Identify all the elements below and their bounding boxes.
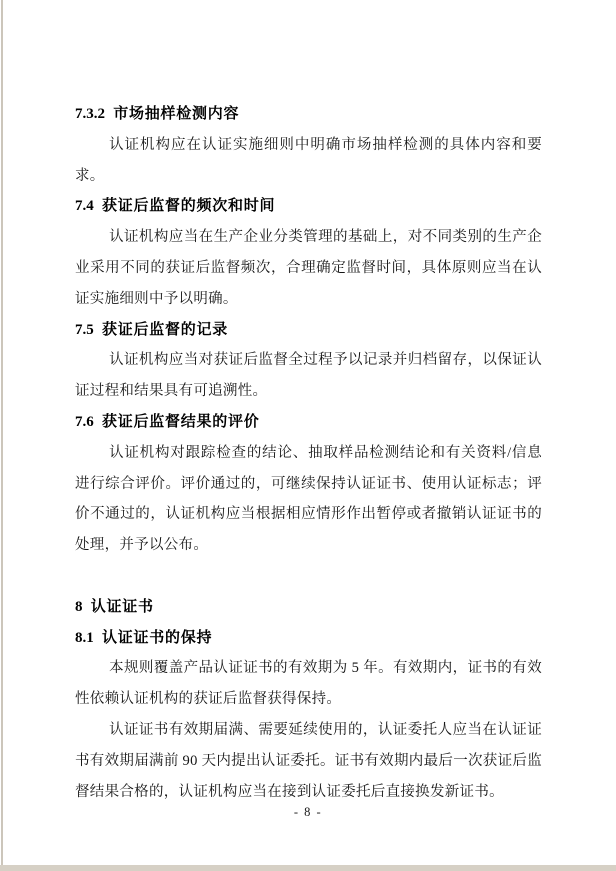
document-page: { "page": { "edge_color_left": "#ccc6bb"… (0, 0, 616, 871)
paragraph: 认证机构应当在生产企业分类管理的基础上，对不同类别的生产企业采用不同的获证后监督… (75, 222, 542, 314)
paragraph: 认证机构应当对获证后监督全过程予以记录并归档留存，以保证认证过程和结果具有可追溯… (75, 345, 542, 407)
section-heading-7-5: 7.5获证后监督的记录 (75, 315, 542, 346)
section-title: 获证后监督的频次和时间 (102, 197, 275, 214)
paragraph: 认证机构应在认证实施细则中明确市场抽样检测的具体内容和要求。 (75, 130, 542, 192)
section-heading-8: 8认证证书 (75, 592, 542, 623)
section-title: 市场抽样检测内容 (113, 105, 239, 122)
page-number: - 8 - (0, 802, 616, 822)
section-number: 7.5 (75, 322, 94, 338)
page-left-edge (1, 0, 3, 871)
section-number: 7.4 (75, 198, 94, 214)
section-title: 认证证书的保持 (102, 629, 212, 646)
section-number: 7.3.2 (75, 106, 105, 122)
section-title: 获证后监督结果的评价 (102, 413, 260, 430)
paragraph: 本规则覆盖产品认证证书的有效期为 5 年。有效期内，证书的有效性依赖认证机构的获… (75, 653, 542, 715)
section-number: 8 (75, 599, 83, 615)
paragraph: 认证机构对跟踪检查的结论、抽取样品检测结论和有关资料/信息进行综合评价。评价通过… (75, 438, 542, 561)
page-bottom-edge (0, 865, 616, 871)
paragraph: 认证证书有效期届满、需要延续使用的，认证委托人应当在认证证书有效期届满前 90 … (75, 715, 542, 807)
section-number: 7.6 (75, 414, 94, 430)
section-heading-8-1: 8.1认证证书的保持 (75, 623, 542, 654)
document-body: 7.3.2市场抽样检测内容 认证机构应在认证实施细则中明确市场抽样检测的具体内容… (75, 99, 542, 807)
section-number: 8.1 (75, 630, 94, 646)
section-title: 获证后监督的记录 (102, 321, 228, 338)
section-heading-7-3-2: 7.3.2市场抽样检测内容 (75, 99, 542, 130)
section-heading-7-6: 7.6获证后监督结果的评价 (75, 407, 542, 438)
section-title: 认证证书 (91, 598, 154, 615)
section-heading-7-4: 7.4获证后监督的频次和时间 (75, 191, 542, 222)
